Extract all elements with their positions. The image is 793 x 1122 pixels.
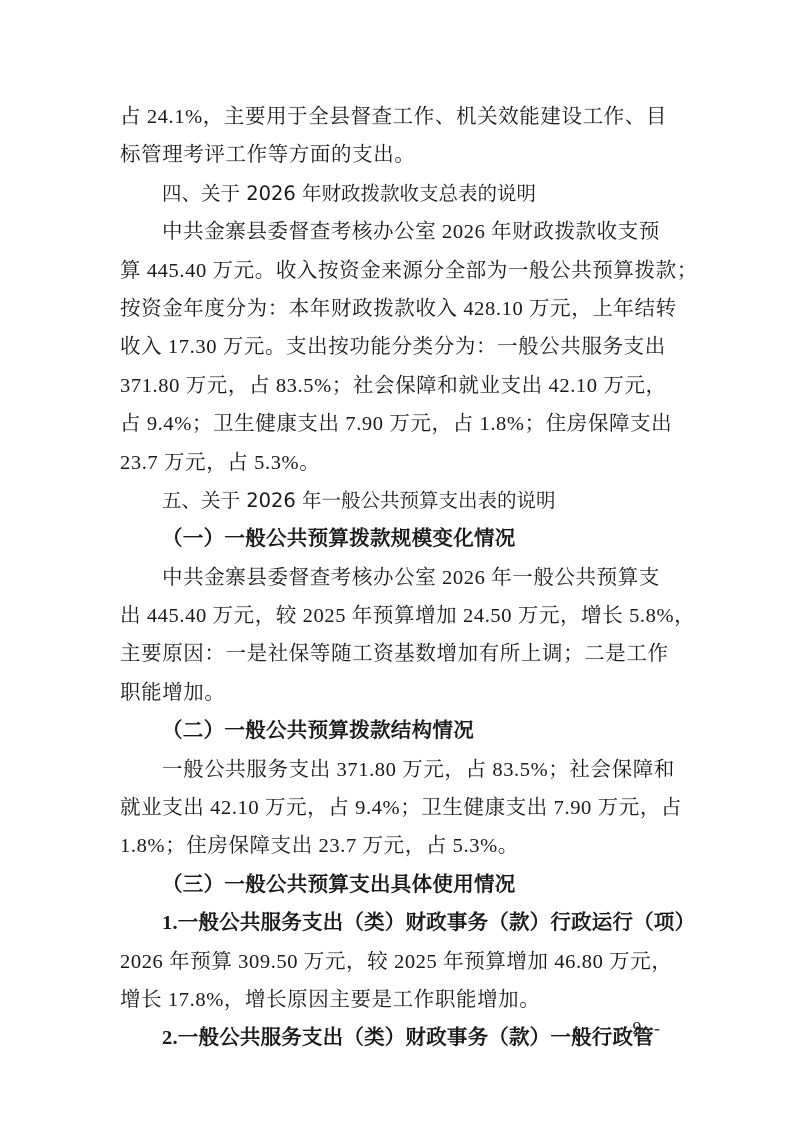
body-line: 371.80 万元，占 83.5%；社会保障和就业支出 42.10 万元， [120,367,680,405]
body-line: 中共金寨县委督查考核办公室 2026 年一般公共预算支 [120,559,680,597]
body-line: 算 445.40 万元。收入按资金来源分全部为一般公共预算拨款； [120,252,680,290]
body-line: 收入 17.30 万元。支出按功能分类分为：一般公共服务支出 [120,328,680,366]
body-line: 出 445.40 万元，较 2025 年预算增加 24.50 万元，增长 5.8… [120,597,680,635]
section-heading-4: 四、关于 2026 年财政拨款收支总表的说明 [120,175,680,213]
body-line: 一般公共服务支出 371.80 万元，占 83.5%；社会保障和 [120,751,680,789]
body-line: 主要原因：一是社保等随工资基数增加有所上调；二是工作 [120,635,680,673]
body-line: 增长 17.8%，增长原因主要是工作职能增加。 [120,981,680,1019]
body-line: 1.8%；住房保障支出 23.7 万元，占 5.3%。 [120,827,680,865]
body-line: 标管理考评工作等方面的支出。 [120,136,680,174]
body-line: 中共金寨县委督查考核办公室 2026 年财政拨款收支预 [120,213,680,251]
subheading-1: （一）一般公共预算拨款规模变化情况 [120,520,680,558]
body-line: 按资金年度分为：本年财政拨款收入 428.10 万元，上年结转 [120,290,680,328]
section-heading-5: 五、关于 2026 年一般公共预算支出表的说明 [120,482,680,520]
body-line: 23.7 万元，占 5.3%。 [120,444,680,482]
subheading-2: （二）一般公共预算拨款结构情况 [120,712,680,750]
document-page: 占 24.1%，主要用于全县督查工作、机关效能建设工作、目 标管理考评工作等方面… [120,98,680,1058]
body-line: 占 24.1%，主要用于全县督查工作、机关效能建设工作、目 [120,98,680,136]
body-line: 职能增加。 [120,674,680,712]
item-heading-2: 2.一般公共服务支出（类）财政事务（款）一般行政管 [120,1019,680,1057]
body-line: 占 9.4%；卫生健康支出 7.90 万元，占 1.8%；住房保障支出 [120,405,680,443]
page-number: - 9 - [614,1018,664,1039]
body-line: 2026 年预算 309.50 万元，较 2025 年预算增加 46.80 万元… [120,943,680,981]
body-line: 就业支出 42.10 万元，占 9.4%；卫生健康支出 7.90 万元，占 [120,789,680,827]
subheading-3: （三）一般公共预算支出具体使用情况 [120,866,680,904]
item-heading-1: 1.一般公共服务支出（类）财政事务（款）行政运行（项） [120,904,680,942]
